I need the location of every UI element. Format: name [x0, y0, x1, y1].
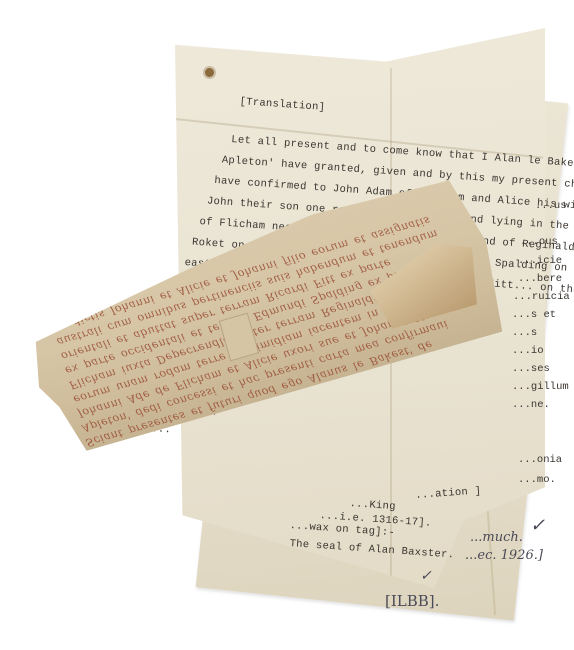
- back-sheet-text: ...mo.: [518, 474, 556, 486]
- photo-scene: [Translation] Let all present and to com…: [0, 0, 574, 650]
- handwritten-initials: [ILBB].: [385, 592, 439, 610]
- back-sheet-text: ...bere: [518, 273, 562, 285]
- handwritten-signature: ...much.: [470, 530, 523, 545]
- back-sheet-text: ...ous: [520, 236, 558, 248]
- back-sheet-text: ...s et: [512, 309, 556, 321]
- back-sheet-text: ...ses: [512, 363, 550, 375]
- back-sheet-text: ...ruicia: [513, 291, 570, 303]
- back-sheet-text: ...icie: [518, 255, 562, 267]
- handwritten-date: ...ec. 1926.]: [465, 548, 543, 563]
- punch-hole: [205, 68, 214, 77]
- back-sheet-text: ...us: [535, 200, 567, 212]
- back-sheet-text: ...gillum: [512, 381, 569, 393]
- checkmark-icon: ✓: [420, 568, 432, 584]
- back-sheet-text: ...onia: [518, 454, 562, 466]
- back-sheet-text: ...io: [512, 345, 544, 357]
- back-sheet-text: ...s: [512, 327, 537, 339]
- checkmark-icon: ✓: [530, 515, 545, 536]
- back-sheet-text: ...ne.: [512, 399, 550, 411]
